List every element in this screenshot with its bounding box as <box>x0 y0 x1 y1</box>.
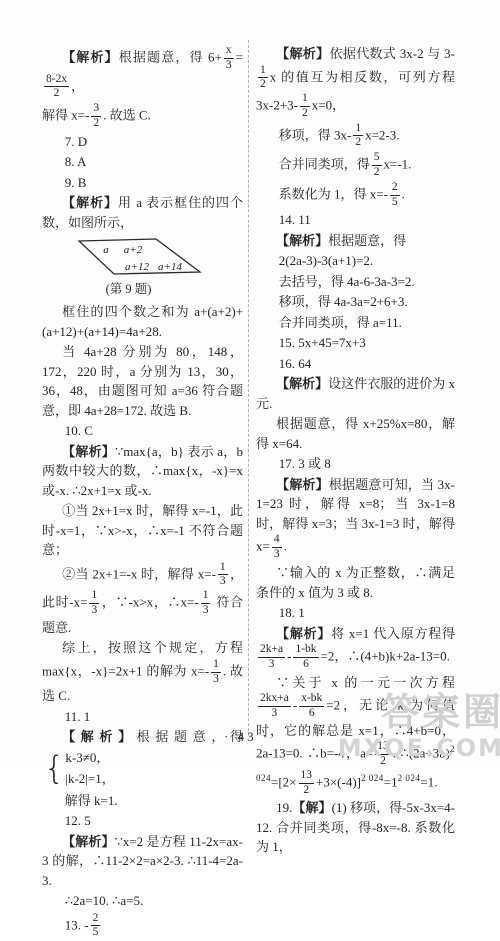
answer-line: 合并同类项，得52x=-1. <box>256 151 455 180</box>
bold-label: 【解析】 <box>276 233 328 248</box>
solution-paragraph: ∵输入的 x 为正整数，∴满足条件的 x 值为 3 或 8. <box>256 563 455 602</box>
solution-paragraph: 框住的四个数之和为 a+(a+2)+(a+12)+(a+14)=4a+28. <box>42 302 243 341</box>
answer-line: 16. 64 <box>256 354 455 374</box>
answer-line: 14. 11 <box>256 210 455 230</box>
watermark-site-url: MXQE.COM <box>338 730 500 766</box>
bold-label: 【解析】 <box>62 444 115 459</box>
solution-paragraph: 【解析】依据代数式 3x-2 与 3-12x 的值互为相反数，可列方程 3x-2… <box>256 44 455 121</box>
watermark-brand-logo: 答案圈 <box>338 693 500 733</box>
bold-label: 【解析】 <box>62 49 119 64</box>
solution-paragraph: ①当 2x+1=x 时，解得 x=-1，此时-x=1，∵x>-x，∴x=-1 不… <box>42 501 243 560</box>
parallelogram-outline: a a+2 a+12 a+14 <box>76 237 208 279</box>
watermark: 答案圈 MXQE.COM <box>338 693 500 766</box>
solution-paragraph: 【解析】根据题意，得{k-3≠0，|k-2|=1， <box>42 727 243 766</box>
left-blocks-top: 【解析】根据题意，得 6+x3=8-2x2，解得 x=-32. 故选 C.7. … <box>42 44 243 232</box>
answer-line: 11. 1 <box>42 707 243 727</box>
answer-line: 移项，得 3x-12x=2-3. <box>256 122 455 151</box>
fraction: 13 <box>201 589 211 618</box>
solution-paragraph: 当 4a+28 分别为 80，148，172，220 时，a 分别为 13，30… <box>42 342 243 420</box>
answer-line: 18. 1 <box>256 603 455 623</box>
answer-line: 系数化为 1，得 x=-25. <box>256 181 455 210</box>
solution-paragraph: 综上，按照这个规定，方程 max{x，-x}=2x+1 的解为 x=-13. 故… <box>42 638 243 706</box>
solution-paragraph: ②当 2x+1=-x 时，解得 x=-13，此时-x=13，∵-x>x，∴x=-… <box>42 561 243 638</box>
solution-paragraph: 【解析】设这件衣服的进价为 x 元. <box>256 374 455 413</box>
fraction: 25 <box>390 181 400 210</box>
figure-label-a14: a+14 <box>158 261 182 273</box>
fraction: 12 <box>300 92 310 121</box>
figure-label-a: a <box>103 244 109 256</box>
figure-caption: (第 9 题) <box>42 280 215 299</box>
problem-9-figure: a a+2 a+12 a+14 (第 9 题) <box>42 237 243 299</box>
system-row: k-3≠0， <box>65 747 114 766</box>
equation-system: {k-3≠0，|k-2|=1， <box>42 747 115 766</box>
bold-label: 【解析】 <box>276 376 328 391</box>
parallelogram-diagram: a a+2 a+12 a+14 <box>76 237 243 279</box>
scanned-answer-page: 【解析】根据题意，得 6+x3=8-2x2，解得 x=-32. 故选 C.7. … <box>0 0 500 766</box>
fraction: 1-bk6 <box>293 643 318 672</box>
fraction: 13 <box>211 658 221 687</box>
fraction: 13 <box>218 561 228 590</box>
answer-line: 7. D <box>42 132 243 152</box>
answer-line: 10. C <box>42 421 243 441</box>
answer-line: 2(2a-3)-3(a+1)=2. <box>256 251 455 271</box>
fraction: x3 <box>224 44 234 73</box>
solution-paragraph: 【解析】用 a 表示框住的四个数，如图所示， <box>42 193 243 232</box>
fraction: 8-2x2 <box>44 73 69 102</box>
answer-line: 8. A <box>42 152 243 172</box>
right-blocks: 【解析】依据代数式 3x-2 与 3-12x 的值互为相反数，可列方程 3x-2… <box>256 44 455 766</box>
system-brace: { <box>44 754 64 766</box>
fraction: x-bk6 <box>299 692 324 721</box>
fraction: 52 <box>372 151 382 180</box>
left-column: 【解析】根据题意，得 6+x3=8-2x2，解得 x=-32. 故选 C.7. … <box>42 44 243 766</box>
solution-paragraph: 【解析】根据题意，得 <box>256 231 455 251</box>
solution-paragraph: 【解析】将 x=1 代入原方程得2k+a3-1-bk6=2，∴(4+b)k+2a… <box>256 624 455 672</box>
fraction: 13 <box>89 589 99 618</box>
solution-paragraph: 根据题意，得 x+25%x=80，解得 x=64. <box>256 414 455 453</box>
answer-line: 移项，得 4a-3a=2+6+3. <box>256 292 455 312</box>
solution-paragraph: 【解析】根据题意，得 6+x3=8-2x2， <box>42 44 243 101</box>
figure-label-a12: a+12 <box>125 261 149 273</box>
figure-label-a2: a+2 <box>124 244 143 256</box>
bold-label: 【解析】 <box>276 477 329 492</box>
right-column: 【解析】依据代数式 3x-2 与 3-12x 的值互为相反数，可列方程 3x-2… <box>256 44 455 766</box>
answer-line: 15. 5x+45=7x+3 <box>256 333 455 353</box>
left-blocks-bottom: 框住的四个数之和为 a+(a+2)+(a+12)+(a+14)=4a+28.当 … <box>42 302 243 766</box>
fraction: 2k+a3 <box>258 643 285 672</box>
bold-label: 【解析】 <box>276 46 329 61</box>
answer-line: 去括号，得 4a-6-3a-3=2. <box>256 272 455 292</box>
column-divider <box>248 40 249 736</box>
fraction: 12 <box>353 122 363 151</box>
answer-line: 9. B <box>42 173 243 193</box>
solution-paragraph: 解得 x=-32. 故选 C. <box>42 102 243 131</box>
answer-line: 17. 3 或 8 <box>256 454 455 474</box>
solution-paragraph: 【解析】根据题意可知，当 3x-1=23 时，解得 x=8；当 3x-1=8 时… <box>256 475 455 562</box>
bold-label: 【解析】 <box>62 195 118 210</box>
page-number: · 43 · <box>224 727 270 747</box>
fraction: 2kx+a3 <box>258 692 291 721</box>
bold-label: 【解析】 <box>276 626 331 641</box>
bold-label: 【解析】 <box>62 729 137 744</box>
solution-paragraph: 【解析】∵max{a，b} 表示 a，b 两数中较大的数，∴max{x，-x}=… <box>42 442 243 501</box>
answer-line: 合并同类项，得 a=11. <box>256 313 455 333</box>
fraction: 43 <box>272 533 282 562</box>
fraction: 12 <box>258 64 268 93</box>
fraction: 32 <box>91 102 101 131</box>
